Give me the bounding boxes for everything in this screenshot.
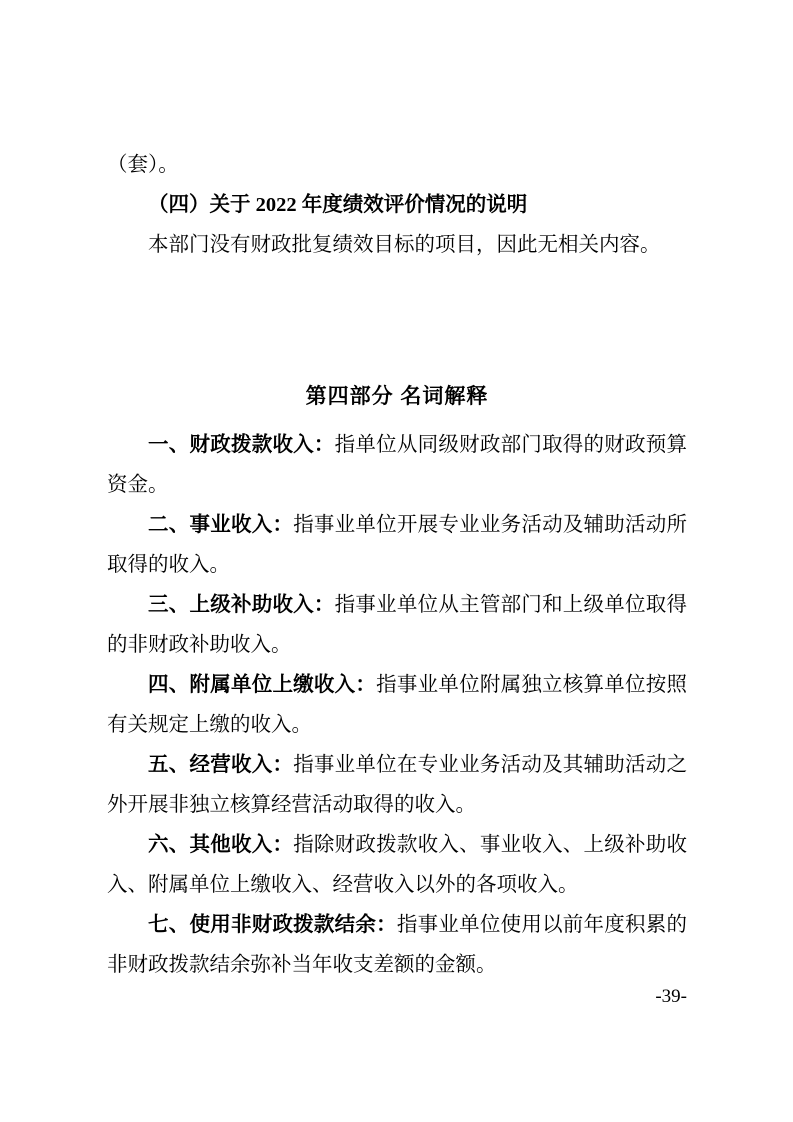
glossary-item: 四、附属单位上缴收入：指事业单位附属独立核算单位按照有关规定上缴的收入。 — [107, 665, 687, 745]
glossary-item: 七、使用非财政拨款结余：指事业单位使用以前年度积累的非财政拨款结余弥补当年收支差… — [107, 905, 687, 985]
term-label: 五、经营收入： — [148, 754, 293, 776]
glossary-item: 二、事业收入：指事业单位开展专业业务活动及辅助活动所取得的收入。 — [107, 505, 687, 585]
glossary-list: 一、财政拨款收入：指单位从同级财政部门取得的财政预算资金。 二、事业收入：指事业… — [107, 425, 687, 985]
glossary-item: 三、上级补助收入：指事业单位从主管部门和上级单位取得的非财政补助收入。 — [107, 585, 687, 665]
glossary-item: 一、财政拨款收入：指单位从同级财政部门取得的财政预算资金。 — [107, 425, 687, 505]
term-label: 七、使用非财政拨款结余： — [148, 914, 397, 936]
section-body: 本部门没有财政批复绩效目标的项目，因此无相关内容。 — [107, 225, 687, 265]
glossary-item: 六、其他收入：指除财政拨款收入、事业收入、上级补助收入、附属单位上缴收入、经营收… — [107, 825, 687, 905]
term-label: 一、财政拨款收入： — [148, 434, 335, 456]
term-label: 四、附属单位上缴收入： — [148, 674, 376, 696]
page-number: -39- — [107, 987, 687, 1007]
term-label: 三、上级补助收入： — [148, 594, 335, 616]
document-page: （套）。 （四）关于 2022 年度绩效评价情况的说明 本部门没有财政批复绩效目… — [0, 0, 793, 1122]
glossary-item: 五、经营收入：指事业单位在专业业务活动及其辅助活动之外开展非独立核算经营活动取得… — [107, 745, 687, 825]
carryover-text: （套）。 — [107, 145, 687, 185]
part-title: 第四部分 名词解释 — [107, 377, 687, 417]
document-content: （套）。 （四）关于 2022 年度绩效评价情况的说明 本部门没有财政批复绩效目… — [107, 145, 687, 1007]
term-label: 二、事业收入： — [148, 514, 293, 536]
section-heading: （四）关于 2022 年度绩效评价情况的说明 — [107, 185, 687, 225]
term-label: 六、其他收入： — [148, 834, 293, 856]
